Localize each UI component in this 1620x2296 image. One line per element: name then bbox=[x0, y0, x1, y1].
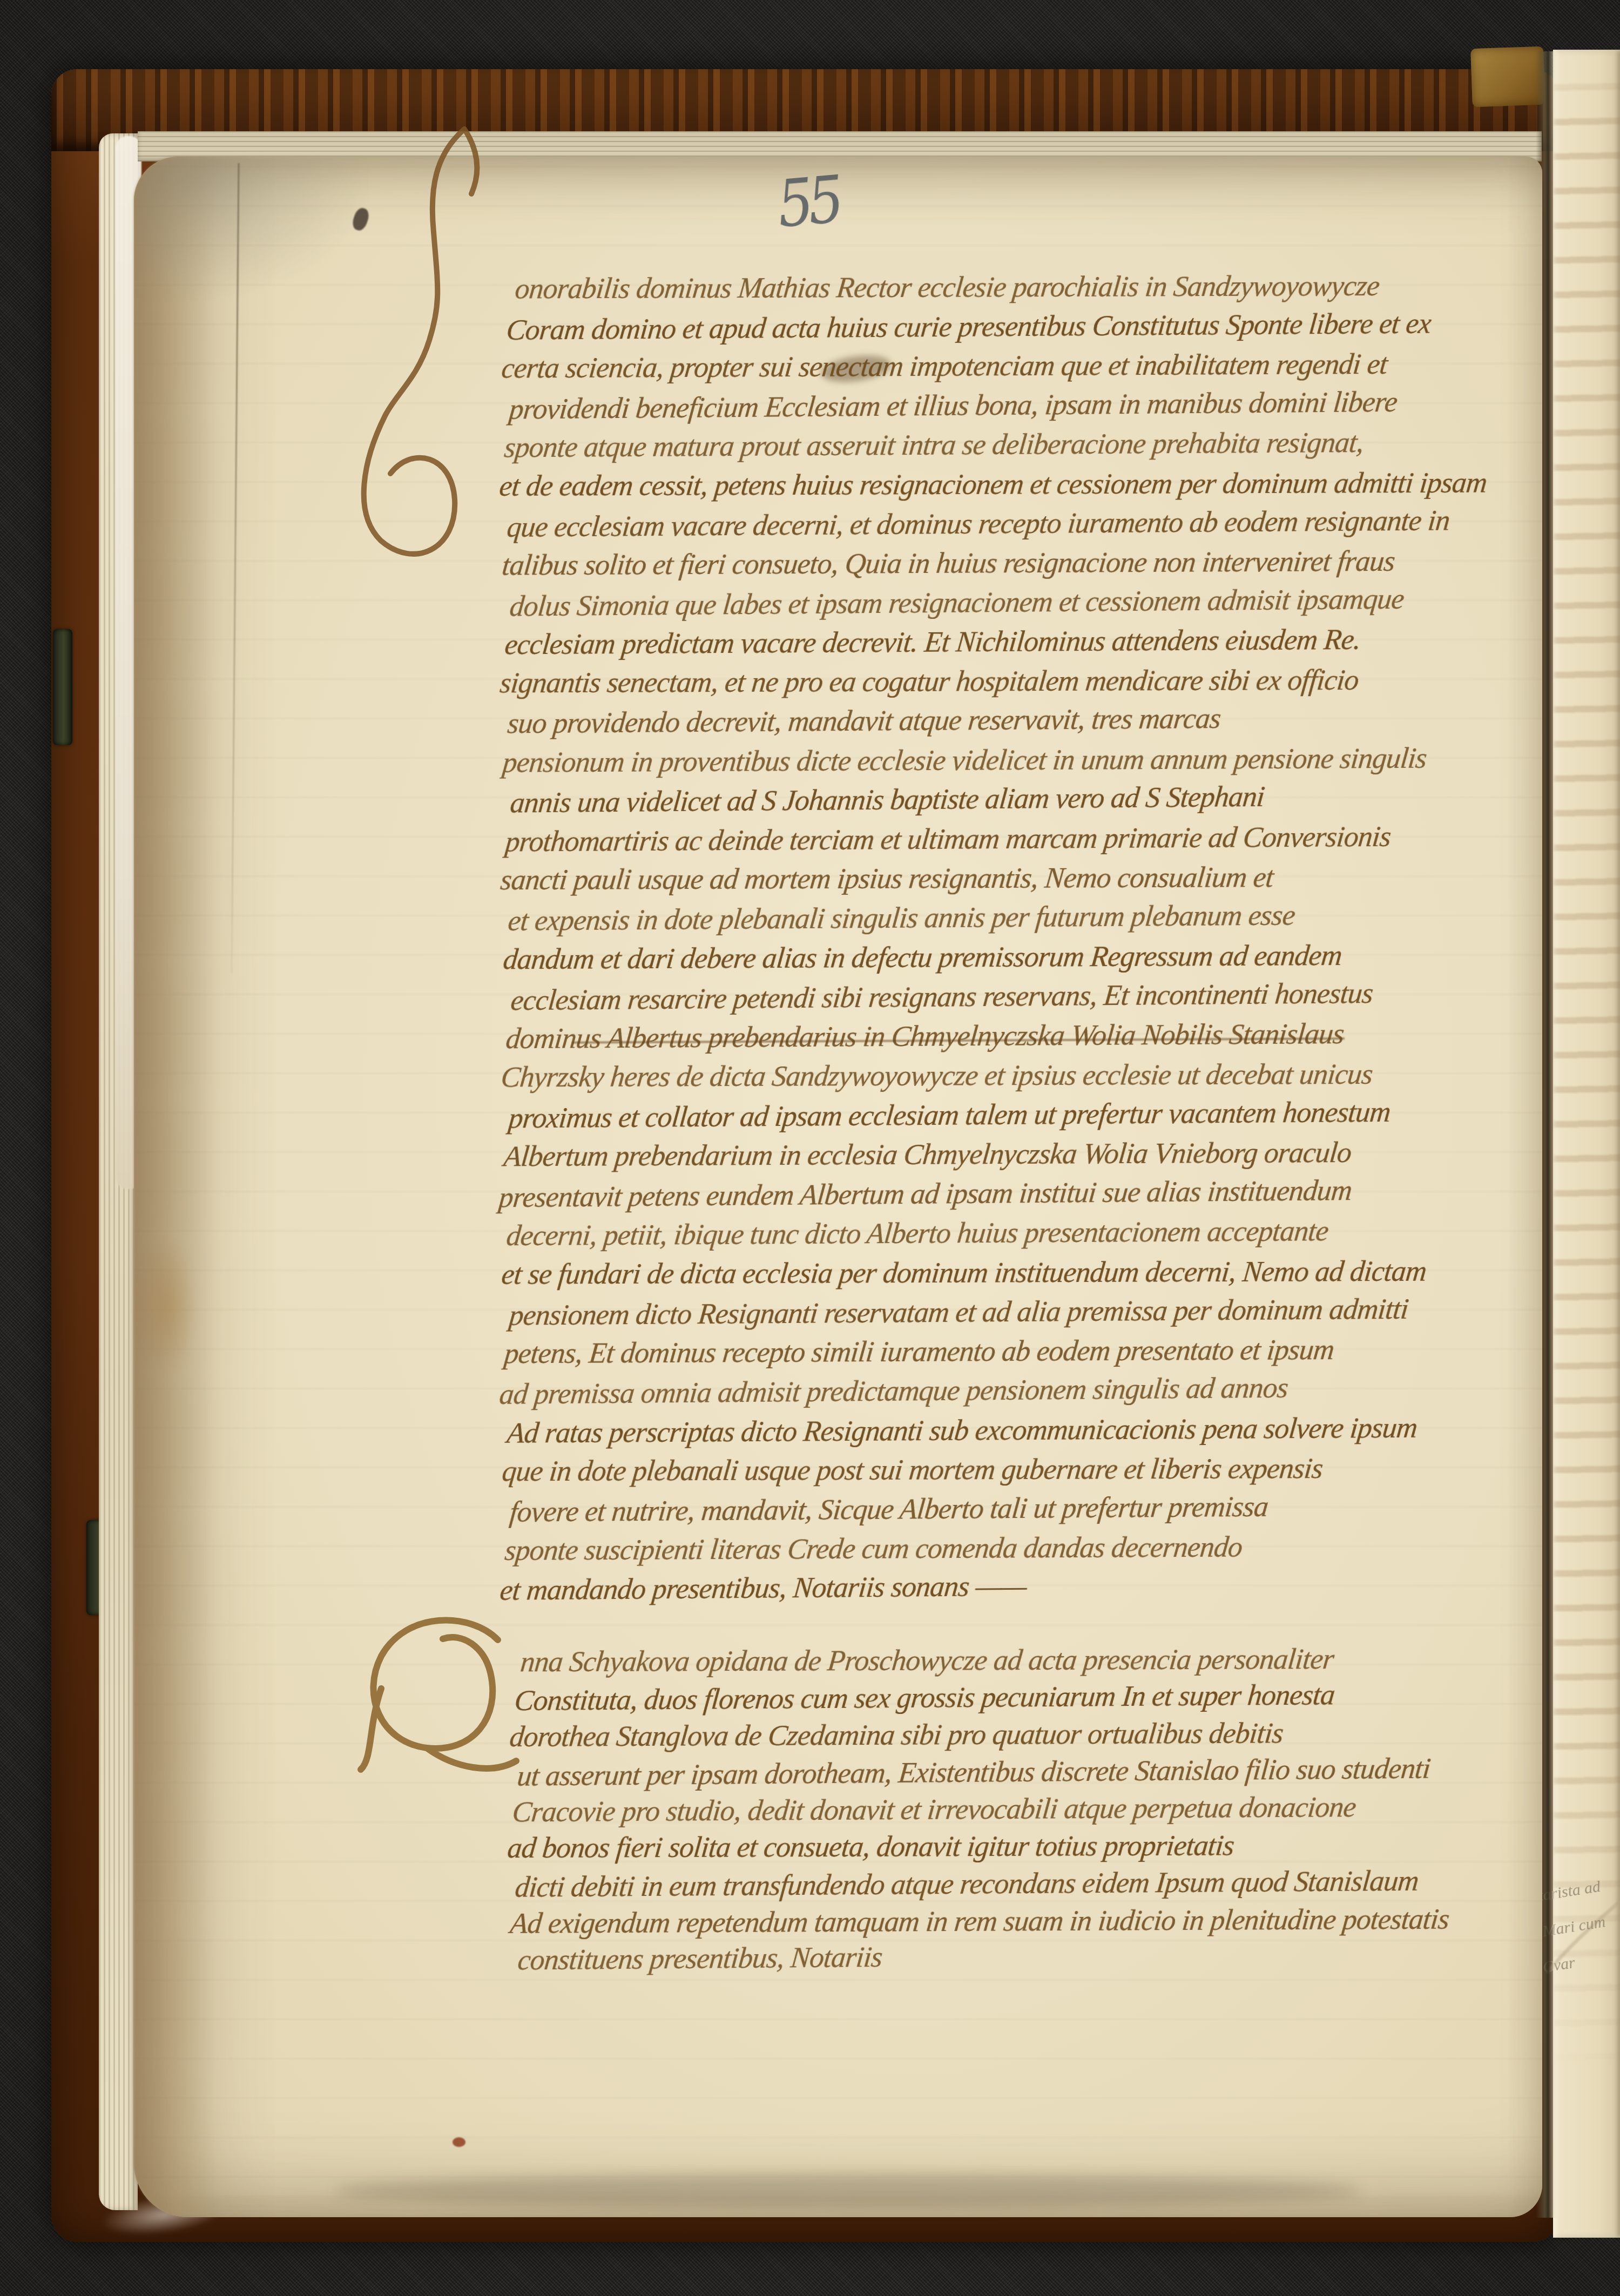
manuscript-line: signantis senectam, et ne pro ea cogatur… bbox=[498, 665, 1360, 698]
manuscript-line: proximus et collator ad ipsam ecclesiam … bbox=[507, 1097, 1392, 1133]
manuscript-line: et mandando presentibus, Notariis sonans… bbox=[498, 1571, 1028, 1605]
initial-H-flourish bbox=[348, 121, 516, 564]
manuscript-line: annis una videlicet ad S Johannis baptis… bbox=[509, 782, 1265, 818]
manuscript-line: Chyrzsky heres de dicta Sandzywoyowycze … bbox=[500, 1059, 1374, 1092]
manuscript-line: ad bonos fieri solita et consueta, donav… bbox=[506, 1831, 1235, 1863]
initial-A-flourish bbox=[356, 1606, 524, 1774]
manuscript-line: ut asserunt per ipsam dorotheam, Existen… bbox=[516, 1754, 1432, 1791]
manuscript-line: certa sciencia, propter sui senectam imp… bbox=[500, 349, 1388, 383]
manuscript-line: decerni, petiit, ibique tunc dicto Alber… bbox=[505, 1216, 1329, 1250]
manuscript-line: presentavit petens eundem Albertum ad ip… bbox=[497, 1176, 1353, 1212]
manuscript-line: dolus Simonia que labes et ipsam resigna… bbox=[508, 584, 1405, 621]
red-ink-spot bbox=[453, 2137, 465, 2147]
manuscript-line: et se fundari de dicta ecclesia per domi… bbox=[500, 1257, 1428, 1289]
worn-leather-patch bbox=[1470, 46, 1545, 107]
manuscript-line: prothomartiris ac deinde terciam et ulti… bbox=[504, 822, 1392, 856]
manuscript-line: dominus Albertus prebendarius in Chmyeln… bbox=[504, 1019, 1345, 1053]
manuscript-line: Cracovie pro studio, dedit donavit et ir… bbox=[511, 1792, 1357, 1826]
manuscript-line: fovere et nutrire, mandavit, Sicque Albe… bbox=[508, 1492, 1270, 1527]
clasp-remnant bbox=[53, 629, 72, 745]
manuscript-line: sponte suscipienti literas Crede cum com… bbox=[503, 1532, 1244, 1565]
folio-number: 55 bbox=[774, 161, 841, 242]
bottom-soiling bbox=[335, 2174, 1361, 2207]
manuscript-line: Ad exigendum repetendum tamquam in rem s… bbox=[509, 1905, 1450, 1938]
manuscript-line: Constituta, duos florenos cum sex grossi… bbox=[513, 1680, 1336, 1716]
manuscript-line: ecclesiam resarcire petendi sibi resigna… bbox=[509, 978, 1374, 1015]
manuscript-line: Coram domino et apud acta huius curie pr… bbox=[505, 309, 1432, 345]
manuscript-line: petens, Et dominus recepto simili iurame… bbox=[503, 1335, 1335, 1368]
stain bbox=[135, 1237, 197, 1374]
manuscript-line: onorabilis dominus Mathias Rector eccles… bbox=[514, 271, 1381, 303]
manuscript-line: pensionum in proventibus dicte ecclesie … bbox=[501, 744, 1428, 777]
manuscript-line: et expensis in dote plebanali singulis a… bbox=[507, 901, 1296, 935]
manuscript-line: nna Schyakova opidana de Proschowycze ad… bbox=[519, 1644, 1335, 1676]
manuscript-line: dandum et dari debere alias in defectu p… bbox=[502, 941, 1343, 974]
manuscript-line: Ad ratas perscriptas dicto Resignanti su… bbox=[505, 1413, 1419, 1448]
manuscript-line: que ecclesiam vacare decerni, et dominus… bbox=[505, 506, 1451, 542]
manuscript-line: dorothea Stanglova de Czedamina sibi pro… bbox=[508, 1719, 1284, 1752]
manuscript-line: talibus solito et fieri consueto, Quia i… bbox=[501, 546, 1396, 580]
manuscript-line: et de eadem cessit, petens huius resigna… bbox=[498, 468, 1488, 501]
manuscript-line: sponte atque matura prout asseruit intra… bbox=[503, 428, 1365, 462]
manuscript-line: que in dote plebanali usque post sui mor… bbox=[501, 1454, 1324, 1485]
manuscript-line: suo providendo decrevit, mandavit atque … bbox=[506, 704, 1221, 738]
manuscript-photo: { "document": { "type_label": "handwritt… bbox=[0, 0, 1620, 2296]
manuscript-line: sancti pauli usque ad mortem ipsius resi… bbox=[499, 862, 1274, 894]
manuscript-line: dicti debiti in eum transfundendo atque … bbox=[514, 1866, 1420, 1902]
manuscript-line: ecclesiam predictam vacare decrevit. Et … bbox=[503, 625, 1362, 659]
manuscript-line: ad premissa omnia admisit predictamque p… bbox=[498, 1373, 1289, 1409]
manuscript-line: Albertum prebendarium in ecclesia Chmyel… bbox=[502, 1138, 1353, 1171]
manuscript-line: constituens presentibus, Notariis bbox=[516, 1942, 883, 1975]
next-leaf-edge: Altarista ad S. Mari cum Cvar bbox=[1553, 50, 1620, 2238]
manuscript-line: pensionem dicto Resignanti reservatam et… bbox=[508, 1294, 1409, 1330]
manuscript-line: providendi beneficium Ecclesiam et illiu… bbox=[508, 387, 1398, 424]
